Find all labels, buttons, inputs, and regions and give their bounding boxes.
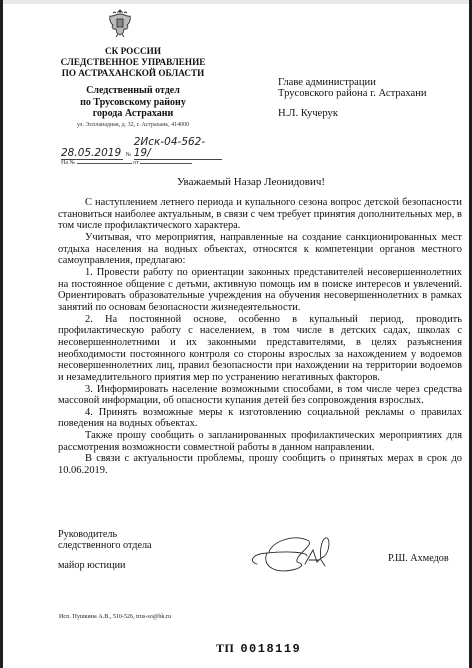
letter-body: С наступлением летнего периода и купальн…	[58, 197, 462, 477]
dept-line: города Астрахани	[33, 108, 233, 120]
russian-coat-of-arms-icon	[107, 8, 133, 40]
recipient-title-line: Трусовского района г. Астрахани	[278, 89, 427, 100]
dept-line: Следственный отдел	[33, 85, 233, 97]
body-paragraph: В связи с актуальности проблемы, прошу с…	[58, 453, 462, 476]
serial-prefix: ТП	[216, 641, 234, 655]
org-line: ПО АСТРАХАНСКОЙ ОБЛАСТИ	[33, 68, 233, 79]
greeting: Уважаемый Назар Леонидович!	[3, 176, 469, 188]
ref-number-label: На №	[61, 160, 75, 166]
handwritten-signature-icon	[247, 534, 342, 576]
proposal-item: 1. Провести работу по ориентации законны…	[58, 267, 462, 314]
ref-number-blank	[77, 157, 132, 164]
letter-page: СК РОССИИ СЛЕДСТВЕННОЕ УПРАВЛЕНИЕ ПО АСТ…	[3, 0, 469, 668]
proposal-item: 3. Информировать население возможными сп…	[58, 384, 462, 407]
position-line: Руководитель	[58, 530, 152, 541]
body-paragraph: Учитывая, что мероприятия, направленные …	[58, 232, 462, 267]
top-edge	[3, 0, 469, 4]
org-line: СЛЕДСТВЕННОЕ УПРАВЛЕНИЕ	[33, 57, 233, 68]
dept-line: по Трусовскому району	[33, 97, 233, 109]
department-name: Следственный отдел по Трусовскому району…	[33, 85, 233, 120]
form-serial-number: ТП0018119	[216, 641, 301, 656]
recipient-title-line: Главе администрации	[278, 78, 427, 89]
recipient-name: Н.Л. Кучерук	[278, 109, 427, 120]
proposal-item: 2. На постоянной основе, особенно в купа…	[58, 314, 462, 384]
signer-position: Руководитель следственного отдела майор …	[58, 530, 152, 572]
organization-name: СК РОССИИ СЛЕДСТВЕННОЕ УПРАВЛЕНИЕ ПО АСТ…	[33, 46, 233, 79]
body-paragraph: С наступлением летнего периода и купальн…	[58, 197, 462, 232]
org-address: ул. Эспланадная, д. 32, г. Астрахань, 41…	[33, 122, 233, 128]
incoming-reference-line: На № от	[61, 157, 192, 166]
signer-rank: майор юстиции	[58, 561, 152, 572]
ref-date-blank	[140, 157, 192, 164]
proposal-item: 4. Принять возможные меры к изготовлению…	[58, 407, 462, 430]
ref-from-label: от	[133, 160, 139, 166]
signer-name: Р.Ш. Ахмедов	[388, 553, 449, 564]
body-paragraph: Также прошу сообщить о запланированных п…	[58, 430, 462, 453]
serial-number: 0018119	[240, 642, 301, 656]
executor-contact: Исп. Пушкина А.В., 510-526, trus-so@bk.r…	[59, 614, 171, 620]
recipient-block: Главе администрации Трусовского района г…	[278, 78, 427, 120]
position-line: следственного отдела	[58, 541, 152, 552]
org-line: СК РОССИИ	[33, 46, 233, 57]
